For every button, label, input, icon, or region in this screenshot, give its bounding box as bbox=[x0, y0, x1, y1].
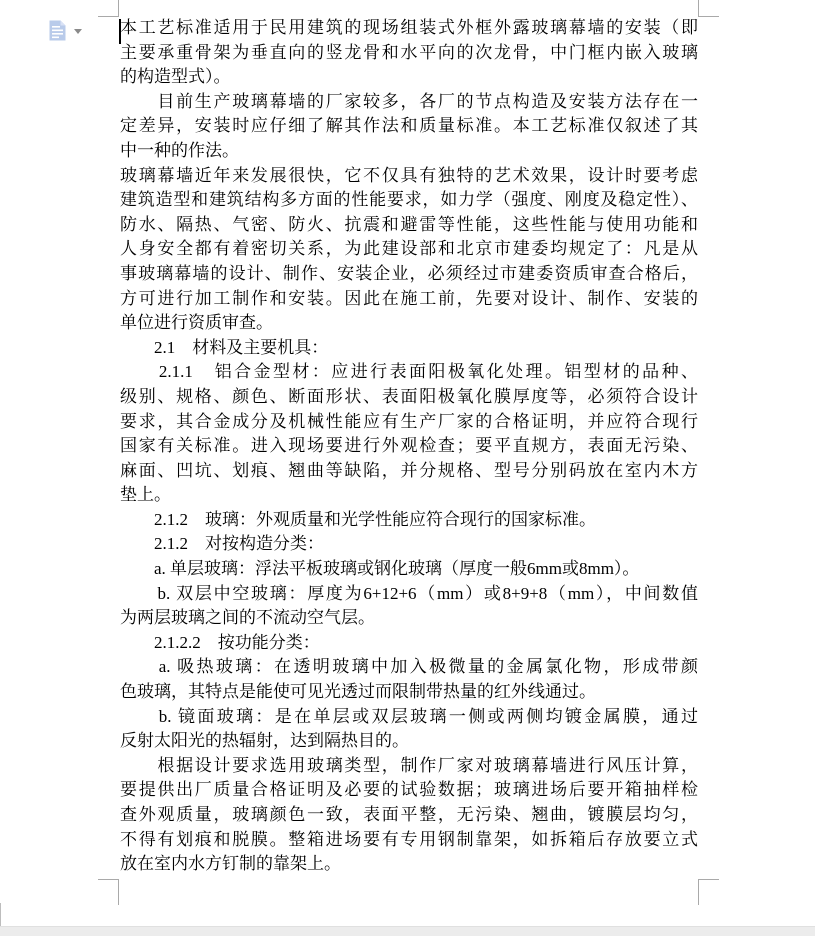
text-line: 反射太阳光的热辐射，达到隔热目的。 bbox=[120, 729, 698, 754]
page-gap bbox=[0, 926, 815, 936]
text-line: b. 双层中空玻璃：厚度为6+12+6（mm）或8+9+8（mm），中间数值 bbox=[120, 582, 698, 607]
crop-mark-bottom-right bbox=[698, 879, 699, 905]
text-line: 方可进行加工制作和安装。因此在施工前，先要对设计、制作、安装的 bbox=[120, 287, 698, 312]
text-line: 色玻璃，其特点是能使可见光透过而限制带热量的红外线通过。 bbox=[120, 680, 698, 705]
paste-options-button[interactable] bbox=[48, 16, 90, 44]
text-line: 定差异，安装时应仔细了解其作法和质量标准。本工艺标准仅叙述了其 bbox=[120, 114, 698, 139]
document-text[interactable]: 本工艺标准适用于民用建筑的现场组装式外框外露玻璃幕墙的安装（即主要承重骨架为垂直… bbox=[120, 16, 698, 877]
text-line: 玻璃幕墙近年来发展很快，它不仅具有独特的艺术效果，设计时要考虑 bbox=[120, 164, 698, 189]
document-page: 本工艺标准适用于民用建筑的现场组装式外框外露玻璃幕墙的安装（即主要承重骨架为垂直… bbox=[0, 0, 815, 926]
text-line: 级别、规格、颜色、断面形状、表面阳极氧化膜厚度等，必须符合设计 bbox=[120, 385, 698, 410]
text-line: 2.1.2.2 按功能分类： bbox=[120, 631, 698, 656]
text-line: 为两层玻璃之间的不流动空气层。 bbox=[120, 606, 698, 631]
chevron-down-icon[interactable] bbox=[74, 29, 82, 34]
text-line: 2.1.2 玻璃：外观质量和光学性能应符合现行的国家标准。 bbox=[120, 508, 698, 533]
text-line: b. 镜面玻璃：是在单层或双层玻璃一侧或两侧均镀金属膜，通过 bbox=[120, 705, 698, 730]
text-line: 中一种的作法。 bbox=[120, 139, 698, 164]
text-line: 本工艺标准适用于民用建筑的现场组装式外框外露玻璃幕墙的安装（即 bbox=[120, 16, 698, 41]
page-left-edge bbox=[0, 903, 1, 927]
text-line: 事玻璃幕墙的设计、制作、安装企业，必须经过市建委资质审查合格后， bbox=[120, 262, 698, 287]
text-line: 要提供出厂质量合格证明及必要的试验数据；玻璃进场后要开箱抽样检 bbox=[120, 778, 698, 803]
text-line: 的构造型式）。 bbox=[120, 65, 698, 90]
text-line: 根据设计要求选用玻璃类型，制作厂家对玻璃幕墙进行风压计算， bbox=[120, 754, 698, 779]
word-processor-viewport: { "colors": { "page_background": "#fffff… bbox=[0, 0, 815, 936]
crop-mark-top-left bbox=[98, 16, 119, 17]
text-line: 查外观质量，玻璃颜色一致，表面平整，无污染、翘曲，镀膜层均匀， bbox=[120, 803, 698, 828]
text-line: 垫上。 bbox=[120, 483, 698, 508]
crop-mark-bottom-right bbox=[698, 879, 719, 880]
text-line: 单位进行资质审查。 bbox=[120, 311, 698, 336]
crop-mark-bottom-left bbox=[98, 879, 119, 880]
text-line: 目前生产玻璃幕墙的厂家较多，各厂的节点构造及安装方法存在一 bbox=[120, 90, 698, 115]
text-line: 要求，其合金成分及机械性能应有生产厂家的合格证明，并应符合现行 bbox=[120, 410, 698, 435]
text-line: 建筑造型和建筑结构多方面的性能要求，如力学（强度、刚度及稳定性）、 bbox=[120, 188, 698, 213]
text-line: 人身安全都有着密切关系，为此建设部和北京市建委均规定了：凡是从 bbox=[120, 237, 698, 262]
text-line: 国家有关标准。进入现场要进行外观检查；要平直规方，表面无污染、 bbox=[120, 434, 698, 459]
paste-options-icon bbox=[48, 19, 67, 42]
crop-mark-bottom-left bbox=[118, 879, 119, 905]
crop-mark-top-right bbox=[698, 16, 719, 17]
text-line: 主要承重骨架为垂直向的竖龙骨和水平向的次龙骨，中门框内嵌入玻璃 bbox=[120, 41, 698, 66]
text-line: a. 吸热玻璃：在透明玻璃中加入极微量的金属氯化物，形成带颜 bbox=[120, 655, 698, 680]
text-line: 放在室内水方钉制的靠架上。 bbox=[120, 852, 698, 877]
text-line: 2.1 材料及主要机具： bbox=[120, 336, 698, 361]
text-line: 不得有划痕和脱膜。整箱进场要有专用钢制靠架，如拆箱后存放要立式 bbox=[120, 828, 698, 853]
crop-mark-top-left bbox=[118, 0, 119, 17]
crop-mark-top-right bbox=[698, 0, 699, 17]
text-line: 2.1.2 对按构造分类： bbox=[120, 532, 698, 557]
text-line: 防水、隔热、气密、防火、抗震和避雷等性能，这些性能与使用功能和 bbox=[120, 213, 698, 238]
text-line: 2.1.1 铝合金型材：应进行表面阳极氧化处理。铝型材的品种、 bbox=[120, 360, 698, 385]
text-line: a. 单层玻璃：浮法平板玻璃或钢化玻璃（厚度一般6mm或8mm）。 bbox=[120, 557, 698, 582]
text-line: 麻面、凹坑、划痕、翘曲等缺陷，并分规格、型号分别码放在室内木方 bbox=[120, 459, 698, 484]
